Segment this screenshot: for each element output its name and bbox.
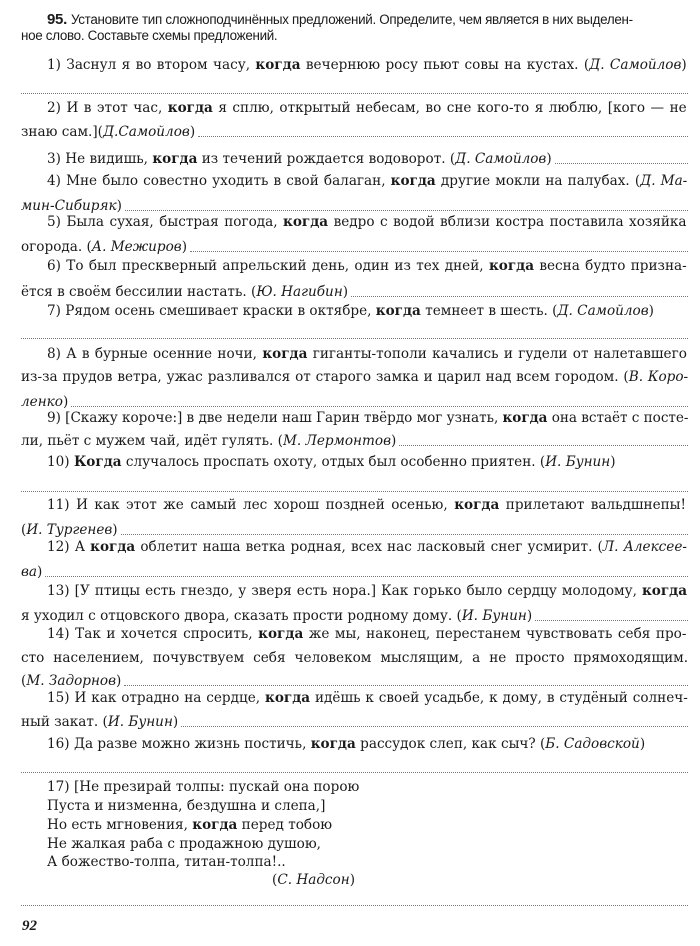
text-segment: И в этот час,	[66, 100, 167, 116]
text-segment: ли, пьёт с мужем чай, идёт гулять. (	[21, 433, 283, 449]
sentence-text: 15) И как отрадно на сердце, когда идёшь…	[47, 689, 688, 707]
sentence-number: 14)	[47, 626, 75, 642]
text-segment: То был прескверный апрельский день, один…	[66, 258, 489, 274]
text-segment: )	[681, 57, 686, 73]
text-segment: )	[640, 736, 645, 752]
text-segment: Была сухая, быстрая погода,	[66, 214, 283, 230]
answer-dotted-line[interactable]	[21, 491, 688, 492]
text-segment: из-за прудов ветра, ужас разливался от с…	[21, 369, 629, 385]
highlighted-word: когда	[489, 258, 534, 274]
text-segment: А в бурные осенние ночи,	[66, 346, 262, 362]
sentence-line: 10) Когда случалось проспать охоту, отды…	[47, 453, 688, 471]
text-segment: Не жалкая раба с продажною душою,	[47, 836, 321, 852]
sentence-text: 4) Мне было совестно уходить в свой бала…	[47, 172, 687, 190]
sentence-text: сто населением, почувствуем себя человек…	[21, 649, 688, 667]
sentence-line: 4) Мне было совестно уходить в свой бала…	[47, 172, 688, 190]
sentence-text: 3) Не видишь, когда из течений рождается…	[47, 150, 552, 168]
poem-text: Пуста и низменна, бездушна и слепа,]	[47, 797, 325, 815]
text-segment: из течений рождается водоворот. (	[197, 151, 455, 167]
text-segment: [Не презирай толпы: пускай она порою	[74, 779, 359, 795]
text-segment: ный закат. (	[21, 714, 108, 730]
sentence-text: из-за прудов ветра, ужас разливался от с…	[21, 368, 688, 386]
sentence-number: 3)	[47, 151, 65, 167]
poem-line: А божество-толпа, титан-толпа!..	[47, 853, 286, 871]
text-segment: Мне было совестно уходить в свой балаган…	[66, 173, 391, 189]
sentence-text: ётся в своём бессилии настать. (Ю. Нагиб…	[21, 283, 348, 301]
sentence-number: 12)	[47, 539, 75, 555]
sentence-text: 14) Так и хочется спросить, когда же мы,…	[47, 625, 686, 643]
text-segment: А	[75, 539, 90, 555]
sentence-number: 17)	[47, 779, 70, 795]
text-segment: идёшь к своей усадьбе, к дому, в студёны…	[310, 690, 688, 706]
text-segment: весна будто призна-	[534, 258, 687, 274]
text-segment: Не видишь,	[65, 151, 152, 167]
text-segment: она встаёт с посте-	[547, 410, 688, 426]
sentence-text: 5) Была сухая, быстрая погода, когда вед…	[47, 213, 687, 231]
author-name: Д. Самойлов	[589, 57, 681, 73]
text-segment: сто населением, почувствуем себя человек…	[21, 650, 688, 666]
sentence-text: 7) Рядом осень смешивает краски в октябр…	[47, 302, 654, 320]
text-segment: огорода. (	[21, 239, 92, 255]
text-segment: Пуста и низменна, бездушна и слепа,]	[47, 798, 325, 814]
sentence-text: (И. Тургенев)	[21, 521, 118, 539]
author-name: М. Лермонтов	[283, 433, 391, 449]
sentence-text: 13) [У птицы есть гнездо, у зверя есть н…	[47, 582, 687, 600]
sentence-text: 16) Да разве можно жизнь постичь, когда …	[47, 735, 645, 753]
sentence-number: 9)	[47, 410, 65, 426]
sentence-number: 5)	[47, 214, 66, 230]
poem-attribution: (С. Надсон)	[272, 871, 355, 889]
text-segment: )	[649, 303, 654, 319]
page-number: 92	[22, 918, 37, 935]
text-segment: Заснул я во втором часу,	[66, 57, 255, 73]
sentence-line: 14) Так и хочется спросить, когда же мы,…	[47, 625, 688, 643]
sentence-text: 9) [Скажу короче:] в две недели наш Гари…	[47, 409, 688, 427]
answer-dotted-line[interactable]	[21, 772, 688, 773]
sentence-line: огорода. (А. Межиров)	[21, 238, 688, 256]
author-name: И. Бунин	[462, 608, 527, 624]
text-segment: же мы, наконец, перестанем чувствовать с…	[303, 626, 686, 642]
sentence-line: 2) И в этот час, когда я сплю, открытый …	[47, 99, 688, 117]
answer-dotted-line[interactable]	[21, 338, 688, 339]
poem-text: А божество-толпа, титан-толпа!..	[47, 853, 286, 871]
text-segment: ётся в своём бессилии настать. (	[21, 284, 256, 300]
sentence-line: (И. Тургенев)	[21, 521, 688, 539]
sentence-text: 10) Когда случалось проспать охоту, отды…	[47, 453, 616, 471]
text-segment: ведро с водой вблизи костра поставила хо…	[328, 214, 686, 230]
poem-text: Не жалкая раба с продажною душою,	[47, 835, 321, 853]
sentence-text: 12) А когда облетит наша ветка родная, в…	[47, 538, 687, 556]
sentence-text: 2) И в этот час, когда я сплю, открытый …	[47, 99, 687, 117]
text-segment: )	[391, 433, 396, 449]
sentence-line: 13) [У птицы есть гнездо, у зверя есть н…	[47, 582, 688, 600]
text-segment: )	[116, 673, 121, 689]
sentence-text: я уходил с отцовского двора, сказать про…	[21, 607, 532, 625]
sentence-line: ный закат. (И. Бунин)	[21, 713, 688, 731]
sentence-line: 5) Была сухая, быстрая погода, когда вед…	[47, 213, 688, 231]
text-segment: случалось проспать охоту, отдых был особ…	[122, 454, 546, 470]
highlighted-word: когда	[168, 100, 213, 116]
text-segment: )	[112, 522, 117, 538]
text-segment: )	[350, 871, 355, 889]
author-name: Д. Ма-	[640, 173, 687, 189]
text-segment: )	[37, 564, 42, 580]
sentence-text: знаю сам.](Д.Самойлов)	[21, 123, 195, 141]
text-segment: И как отрадно на сердце,	[75, 690, 266, 706]
sentence-line: я уходил с отцовского двора, сказать про…	[21, 607, 688, 625]
sentence-text: ва)	[21, 563, 42, 581]
text-segment: )	[610, 454, 615, 470]
sentence-number: 10)	[47, 454, 74, 470]
poem-line: Не жалкая раба с продажною душою,	[47, 835, 321, 853]
sentence-line: 7) Рядом осень смешивает краски в октябр…	[47, 302, 688, 320]
text-segment: )	[182, 239, 187, 255]
text-segment: )	[190, 124, 195, 140]
poem-text: Но есть мгновения, когда перед тобою	[47, 816, 332, 834]
author-name: ленко	[21, 394, 63, 410]
text-segment: [У птицы есть гнездо, у зверя есть нора.…	[75, 583, 642, 599]
text-segment: темнеет в шесть. (	[421, 303, 558, 319]
poem-line: Пуста и низменна, бездушна и слепа,]	[47, 797, 325, 815]
sentence-number: 2)	[47, 100, 66, 116]
answer-dotted-line[interactable]	[124, 685, 688, 686]
answer-dotted-line[interactable]	[21, 905, 688, 906]
sentence-number: 6)	[47, 258, 66, 274]
highlighted-word: когда	[265, 690, 310, 706]
sentence-text: ли, пьёт с мужем чай, идёт гулять. (М. Л…	[21, 432, 396, 450]
text-segment: перед тобою	[237, 817, 332, 833]
sentence-line: 11) И как этот же самый лес хорош поздне…	[47, 496, 688, 514]
author-name: Л. Алексее-	[603, 539, 687, 555]
sentence-number: 16)	[47, 736, 74, 752]
text-segment: А божество-толпа, титан-толпа!..	[47, 854, 286, 870]
sentence-line: 3) Не видишь, когда из течений рождается…	[47, 150, 688, 168]
answer-dotted-line[interactable]	[21, 93, 688, 94]
author-name: Д. Самойлов	[557, 303, 648, 319]
exercise-instruction-line-2: ное слово. Составьте схемы предложений.	[21, 27, 688, 45]
sentence-line: (М. Задорнов)	[21, 672, 688, 690]
author-name: Ю. Нагибин	[256, 284, 342, 300]
sentence-number: 1)	[47, 57, 66, 73]
text-segment: Да разве можно жизнь постичь,	[74, 736, 311, 752]
text-segment: )	[546, 151, 551, 167]
text-segment: вечернюю росу пьют совы на кустах. (	[301, 57, 590, 73]
answer-dotted-line[interactable]	[535, 620, 688, 621]
poem-line: Но есть мгновения, когда перед тобою	[47, 816, 332, 834]
sentence-number: 15)	[47, 690, 75, 706]
text-segment: )	[117, 198, 122, 214]
sentence-number: 11)	[47, 497, 76, 513]
text-segment: облетит наша ветка родная, всех нас ласк…	[135, 539, 603, 555]
answer-dotted-line[interactable]	[351, 296, 688, 297]
answer-dotted-line[interactable]	[181, 726, 688, 727]
highlighted-word: когда	[90, 539, 135, 555]
sentence-line: 15) И как отрадно на сердце, когда идёшь…	[47, 689, 688, 707]
sentence-number: 8)	[47, 346, 66, 362]
sentence-line: 1) Заснул я во втором часу, когда вечерн…	[47, 56, 688, 74]
sentence-line: ва)	[21, 563, 688, 581]
answer-dotted-line[interactable]	[45, 576, 688, 577]
instruction-text: ное слово. Составьте схемы предложений.	[21, 27, 277, 45]
sentence-line: знаю сам.](Д.Самойлов)	[21, 123, 688, 141]
text-segment: рассудок слеп, как сыч? (	[356, 736, 545, 752]
author-name: Д.Самойлов	[103, 124, 190, 140]
text-segment: И как этот же самый лес хорош поздней ос…	[76, 497, 454, 513]
highlighted-word: когда	[283, 214, 328, 230]
sentence-text: 11) И как этот же самый лес хорош поздне…	[47, 496, 686, 514]
highlighted-word: когда	[311, 736, 356, 752]
text-segment: )	[343, 284, 348, 300]
author-name: мин-Сибиряк	[21, 198, 117, 214]
text-segment: прилетают вальдшнепы!	[499, 497, 686, 513]
highlighted-word: когда	[503, 410, 548, 426]
answer-dotted-line[interactable]	[71, 406, 688, 407]
author-name: В. Коро-	[629, 369, 688, 385]
sentence-line: из-за прудов ветра, ужас разливался от с…	[21, 368, 688, 386]
answer-dotted-line[interactable]	[121, 534, 688, 535]
text-segment: гиганты-тополи качались и гудели от нале…	[307, 346, 686, 362]
text-segment: я уходил с отцовского двора, сказать про…	[21, 608, 462, 624]
highlighted-word: Когда	[74, 454, 122, 470]
sentence-text: 6) То был прескверный апрельский день, о…	[47, 257, 687, 275]
highlighted-word: когда	[391, 173, 436, 189]
highlighted-word: когда	[192, 817, 237, 833]
answer-dotted-line[interactable]	[190, 251, 688, 252]
author-name: А. Межиров	[92, 239, 182, 255]
sentence-text: огорода. (А. Межиров)	[21, 238, 187, 256]
text-segment: Рядом осень смешивает краски в октябре,	[65, 303, 376, 319]
sentence-line: 12) А когда облетит наша ветка родная, в…	[47, 538, 688, 556]
text-segment: )	[173, 714, 178, 730]
sentence-line: 16) Да разве можно жизнь постичь, когда …	[47, 735, 688, 753]
answer-dotted-line[interactable]	[555, 163, 688, 164]
answer-dotted-line[interactable]	[198, 136, 688, 137]
sentence-line: 8) А в бурные осенние ночи, когда гигант…	[47, 345, 688, 363]
sentence-line: ли, пьёт с мужем чай, идёт гулять. (М. Л…	[21, 432, 688, 450]
answer-dotted-line[interactable]	[399, 445, 688, 446]
sentence-number: 13)	[47, 583, 75, 599]
author-name: ва	[21, 564, 37, 580]
highlighted-word: когда	[255, 57, 300, 73]
highlighted-word: когда	[454, 497, 499, 513]
poem-text: 17) [Не презирай толпы: пускай она порою	[47, 778, 359, 796]
text-segment: Так и хочется спросить,	[75, 626, 258, 642]
text-segment: я сплю, открытый небесам, во сне кого-то…	[213, 100, 687, 116]
sentence-number: 4)	[47, 173, 66, 189]
author-name: И. Бунин	[545, 454, 610, 470]
sentence-text: 8) А в бурные осенние ночи, когда гигант…	[47, 345, 687, 363]
sentence-line: 9) [Скажу короче:] в две недели наш Гари…	[47, 409, 688, 427]
highlighted-word: когда	[262, 346, 307, 362]
author-name: Д. Самойлов	[455, 151, 546, 167]
author-name: И. Тургенев	[26, 522, 112, 538]
sentence-line: 6) То был прескверный апрельский день, о…	[47, 257, 688, 275]
text-segment: знаю сам.](	[21, 124, 103, 140]
sentence-text: 1) Заснул я во втором часу, когда вечерн…	[47, 56, 687, 74]
highlighted-word: когда	[152, 151, 197, 167]
poem-line: 17) [Не презирай толпы: пускай она порою	[47, 778, 359, 796]
highlighted-word: когда	[258, 626, 303, 642]
sentence-line: ётся в своём бессилии настать. (Ю. Нагиб…	[21, 283, 688, 301]
sentence-text: (М. Задорнов)	[21, 672, 121, 690]
sentence-text: ный закат. (И. Бунин)	[21, 713, 178, 731]
author-name: С. Надсон	[277, 871, 349, 889]
sentence-line: сто населением, почувствуем себя человек…	[21, 649, 688, 667]
text-segment: Но есть мгновения,	[47, 817, 192, 833]
author-name: Б. Садовской	[545, 736, 640, 752]
text-segment: )	[527, 608, 532, 624]
sentence-number: 7)	[47, 303, 65, 319]
text-segment: другие мокли на палубах. (	[436, 173, 640, 189]
highlighted-word: когда	[642, 583, 687, 599]
answer-dotted-line[interactable]	[125, 210, 688, 211]
highlighted-word: когда	[376, 303, 421, 319]
text-segment: [Скажу короче:] в две недели наш Гарин т…	[65, 410, 502, 426]
author-name: М. Задорнов	[26, 673, 116, 689]
text-segment: )	[63, 394, 68, 410]
author-name: И. Бунин	[108, 714, 173, 730]
